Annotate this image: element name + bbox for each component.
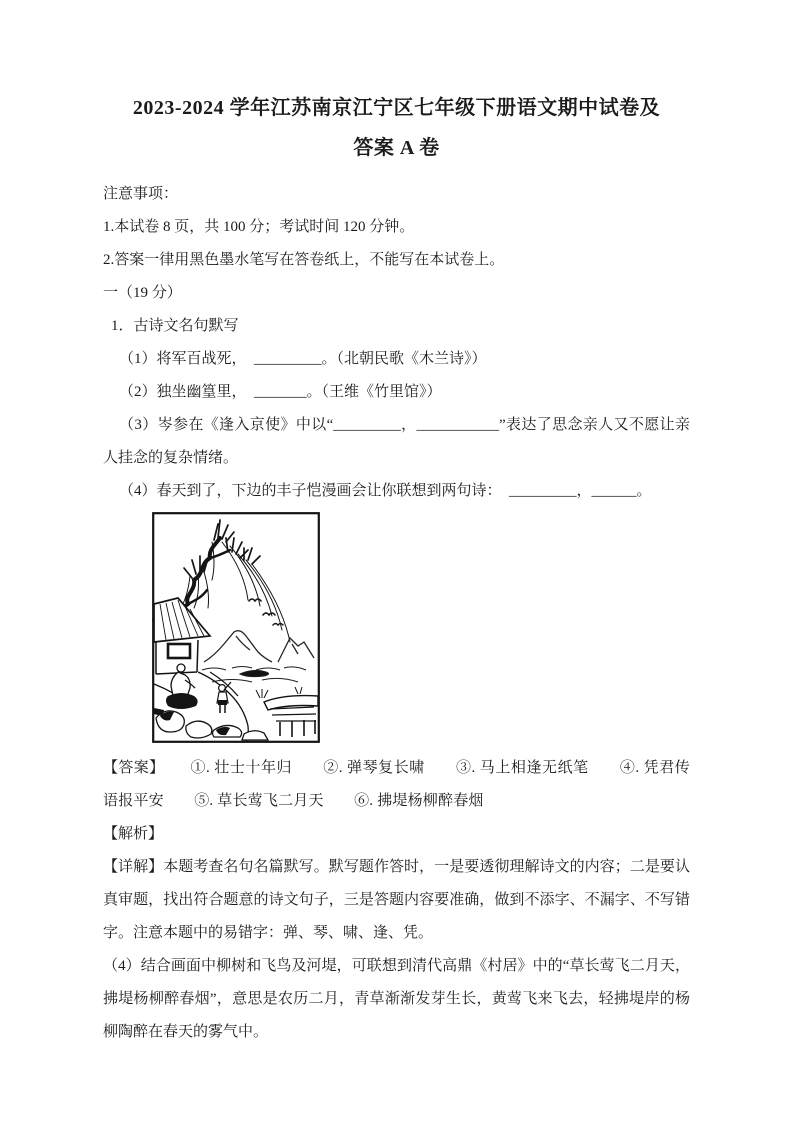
document-title: 2023-2024 学年江苏南京江宁区七年级下册语文期中试卷及 答案 A 卷 (103, 88, 690, 168)
notice-item-1: 1.本试卷 8 页，共 100 分；考试时间 120 分钟。 (103, 211, 690, 244)
notice-item-2: 2.答案一律用黑色墨水笔写在答卷纸上，不能写在本试卷上。 (103, 244, 690, 277)
analysis-label: 【解析】 (103, 818, 690, 851)
document-title-line1: 2023-2024 学年江苏南京江宁区七年级下册语文期中试卷及 (103, 88, 690, 128)
sub-question-3: （3）岑参在《逢入京使》中以“_________，___________”表达了… (103, 409, 690, 475)
question-title: 1．古诗文名句默写 (103, 310, 690, 343)
sub-question-4: （4）春天到了，下边的丰子恺漫画会让你联想到两句诗： _________，___… (103, 475, 690, 508)
document-body: 注意事项： 1.本试卷 8 页，共 100 分；考试时间 120 分钟。 2.答… (103, 178, 690, 1049)
sub-question-1: （1）将军百战死， _________。（北朝民歌《木兰诗》） (103, 343, 690, 376)
detail-paragraph-1: 【详解】本题考查名句名篇默写。默写题作答时，一是要透彻理解诗文的内容；二是要认真… (103, 851, 690, 950)
detail-paragraph-2: （4）结合画面中柳树和飞鸟及河堤，可联想到清代高鼎《村居》中的“草长莺飞二月天，… (103, 950, 690, 1049)
document-title-line2: 答案 A 卷 (103, 128, 690, 168)
fengzikai-illustration (152, 512, 690, 743)
notice-heading: 注意事项： (103, 178, 690, 211)
section-heading: 一（19 分） (103, 277, 690, 310)
answer-items: ①. 壮士十年归 ②. 弹琴复长啸 ③. 马上相逢无纸笔 ④. 凭君传语报平安 … (103, 760, 690, 809)
exam-document-page: 2023-2024 学年江苏南京江宁区七年级下册语文期中试卷及 答案 A 卷 注… (0, 0, 793, 1122)
answer-paragraph: 【答案】①. 壮士十年归 ②. 弹琴复长啸 ③. 马上相逢无纸笔 ④. 凭君传语… (103, 752, 690, 818)
answer-label: 【答案】 (103, 760, 164, 776)
sub-question-2: （2）独坐幽篁里， _______。（王维《竹里馆》） (103, 376, 690, 409)
